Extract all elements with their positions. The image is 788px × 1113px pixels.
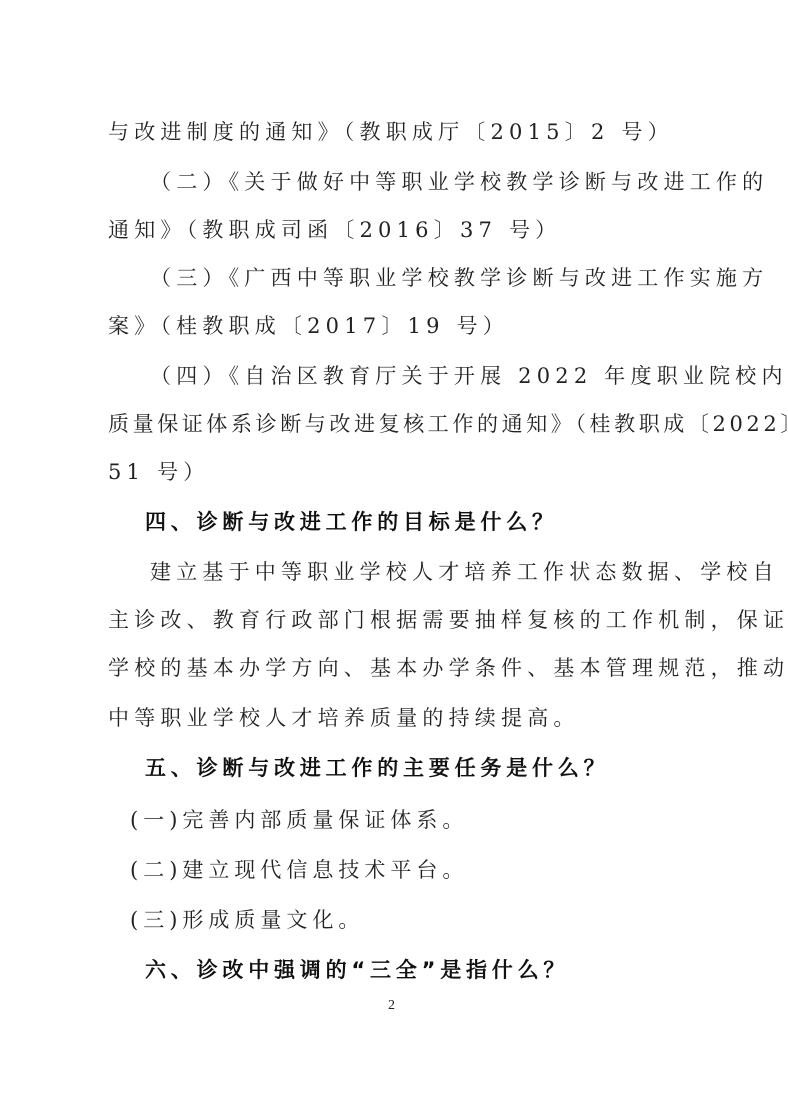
- reference-2-line-1: （二）《关于做好中等职业学校教学诊断与改进工作的: [150, 168, 768, 196]
- goal-paragraph-line-2: 主诊改、教育行政部门根据需要抽样复核的工作机制，保证: [108, 606, 788, 634]
- reference-3-line-1: （三）《广西中等职业学校教学诊断与改进工作实施方: [150, 264, 768, 292]
- reference-4-line-2: 质量保证体系诊断与改进复核工作的通知》（桂教职成〔2022〕: [108, 410, 788, 438]
- section-heading-5: 五、诊断与改进工作的主要任务是什么？: [145, 754, 609, 782]
- task-item-1: (一)完善内部质量保证体系。: [130, 806, 468, 834]
- page-number: 2: [388, 998, 395, 1014]
- goal-paragraph-line-3: 学校的基本办学方向、基本办学条件、基本管理规范，推动: [108, 654, 788, 682]
- section-heading-4: 四、诊断与改进工作的目标是什么？: [145, 508, 558, 536]
- reference-1-continuation: 与改进制度的通知》（教职成厅〔2015〕2 号）: [108, 118, 674, 146]
- goal-paragraph-line-1: 建立基于中等职业学校人才培养工作状态数据、学校自: [150, 558, 779, 586]
- section-heading-6: 六、诊改中强调的“三全”是指什么？: [145, 956, 569, 984]
- reference-4-line-1: （四）《自治区教育厅关于开展 2022 年度职业院校内部: [150, 362, 788, 390]
- document-page: 与改进制度的通知》（教职成厅〔2015〕2 号） （二）《关于做好中等职业学校教…: [0, 0, 788, 1113]
- reference-4-line-3: 51 号）: [108, 458, 209, 486]
- reference-3-line-2: 案》（桂教职成〔2017〕19 号）: [108, 312, 509, 340]
- task-item-2: (二)建立现代信息技术平台。: [130, 856, 468, 884]
- goal-paragraph-line-4: 中等职业学校人才培养质量的持续提高。: [108, 704, 580, 732]
- reference-2-line-2: 通知》（教职成司函〔2016〕37 号）: [108, 216, 561, 244]
- task-item-3: (三)形成质量文化。: [130, 906, 364, 934]
